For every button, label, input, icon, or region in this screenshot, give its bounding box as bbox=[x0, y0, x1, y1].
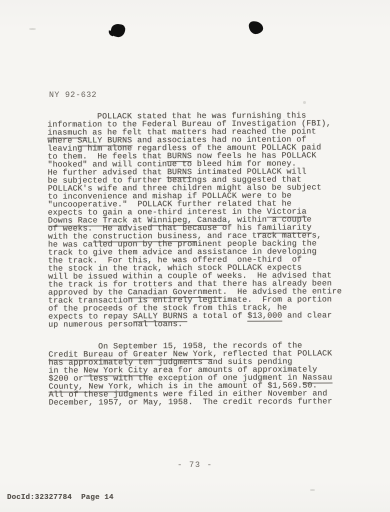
text-line: up numerous personal loans. bbox=[48, 320, 360, 329]
scan-speckle bbox=[303, 101, 306, 104]
text-line: December, 1957, or May, 1958. The credit… bbox=[49, 398, 361, 407]
scanned-document-page: NY 92-632 POLLACK stated that he was fur… bbox=[0, 0, 390, 512]
ink-blot-icon bbox=[110, 23, 126, 38]
document-body: POLLACK stated that he was furnishing th… bbox=[47, 112, 360, 407]
docid-footer: DocId:32327784 Page 14 bbox=[7, 494, 114, 502]
paragraph: On September 15, 1958, the records of th… bbox=[48, 342, 360, 407]
scan-speckle bbox=[310, 489, 315, 491]
paragraph: POLLACK stated that he was furnishing th… bbox=[47, 112, 360, 329]
scan-speckle bbox=[29, 28, 36, 30]
ink-blot-icon bbox=[248, 20, 263, 34]
file-number: NY 92-632 bbox=[49, 91, 97, 100]
page-number: - 73 - bbox=[160, 461, 230, 470]
